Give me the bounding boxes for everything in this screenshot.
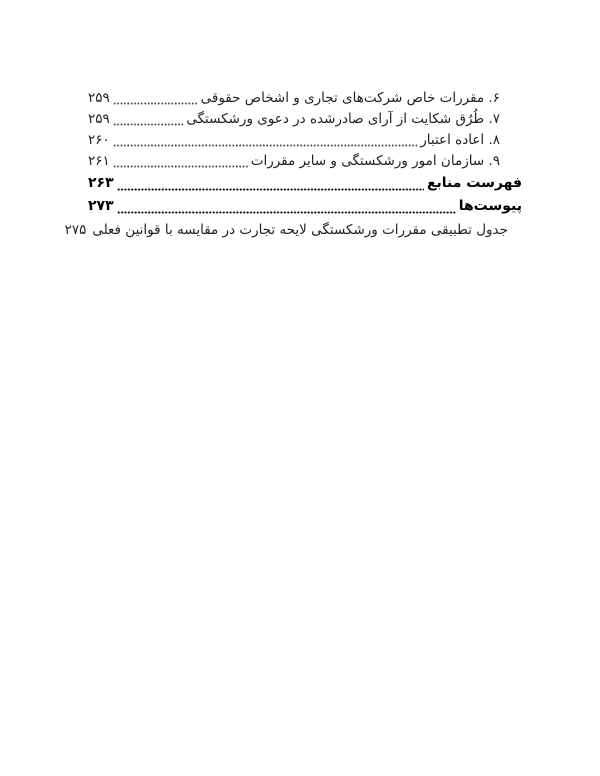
toc-entry-title: ۸. اعاده اعتبار: [420, 130, 500, 151]
toc-entry-title: فهرست منابع: [427, 172, 522, 195]
toc-entry-title: پیوست‌ها: [459, 195, 522, 218]
toc-entry-page-number: ۲۵۹: [88, 109, 110, 130]
toc-entry-page-number: ۲۷۳: [88, 195, 114, 218]
toc-entry-page-number: ۲۵۹: [88, 88, 110, 109]
document-page: ۶. مقررات خاص شرکت‌های تجاری و اشخاص حقو…: [0, 0, 600, 776]
dot-leader: [113, 151, 248, 172]
toc-entry: پیوست‌ها۲۷۳: [88, 195, 522, 218]
dot-leader: [113, 88, 198, 109]
toc-entry-title: جدول تطبیقی مقررات ورشکستگی لایحه تجارت …: [92, 218, 508, 243]
toc-entry: فهرست منابع۲۶۳: [88, 172, 522, 195]
toc-entry-page-number: ۲۶۳: [88, 172, 114, 195]
dot-leader: [113, 109, 184, 130]
toc-entry-title: ۹. سازمان امور ورشکستگی و سایر مقررات: [251, 151, 500, 172]
toc-entry-page-number: ۲۶۰: [88, 130, 110, 151]
toc-entry-title: ۷. طُرُق شکایت از آرای صادرشده در دعوی و…: [186, 109, 500, 130]
toc-entry-page-number: ۲۷۵: [65, 218, 87, 243]
toc-entry-title: ۶. مقررات خاص شرکت‌های تجاری و اشخاص حقو…: [201, 88, 500, 109]
dot-leader: [117, 172, 424, 195]
toc-entry-page-number: ۲۶۱: [88, 151, 110, 172]
dot-leader: [113, 130, 418, 151]
toc-entry: ۷. طُرُق شکایت از آرای صادرشده در دعوی و…: [88, 109, 522, 130]
toc-entry: ۸. اعاده اعتبار۲۶۰: [88, 130, 522, 151]
toc-entry: ۶. مقررات خاص شرکت‌های تجاری و اشخاص حقو…: [88, 88, 522, 109]
dot-leader: [117, 195, 456, 218]
toc-entry: جدول تطبیقی مقررات ورشکستگی لایحه تجارت …: [88, 218, 522, 243]
toc-entry: ۹. سازمان امور ورشکستگی و سایر مقررات۲۶۱: [88, 151, 522, 172]
table-of-contents: ۶. مقررات خاص شرکت‌های تجاری و اشخاص حقو…: [88, 88, 522, 243]
